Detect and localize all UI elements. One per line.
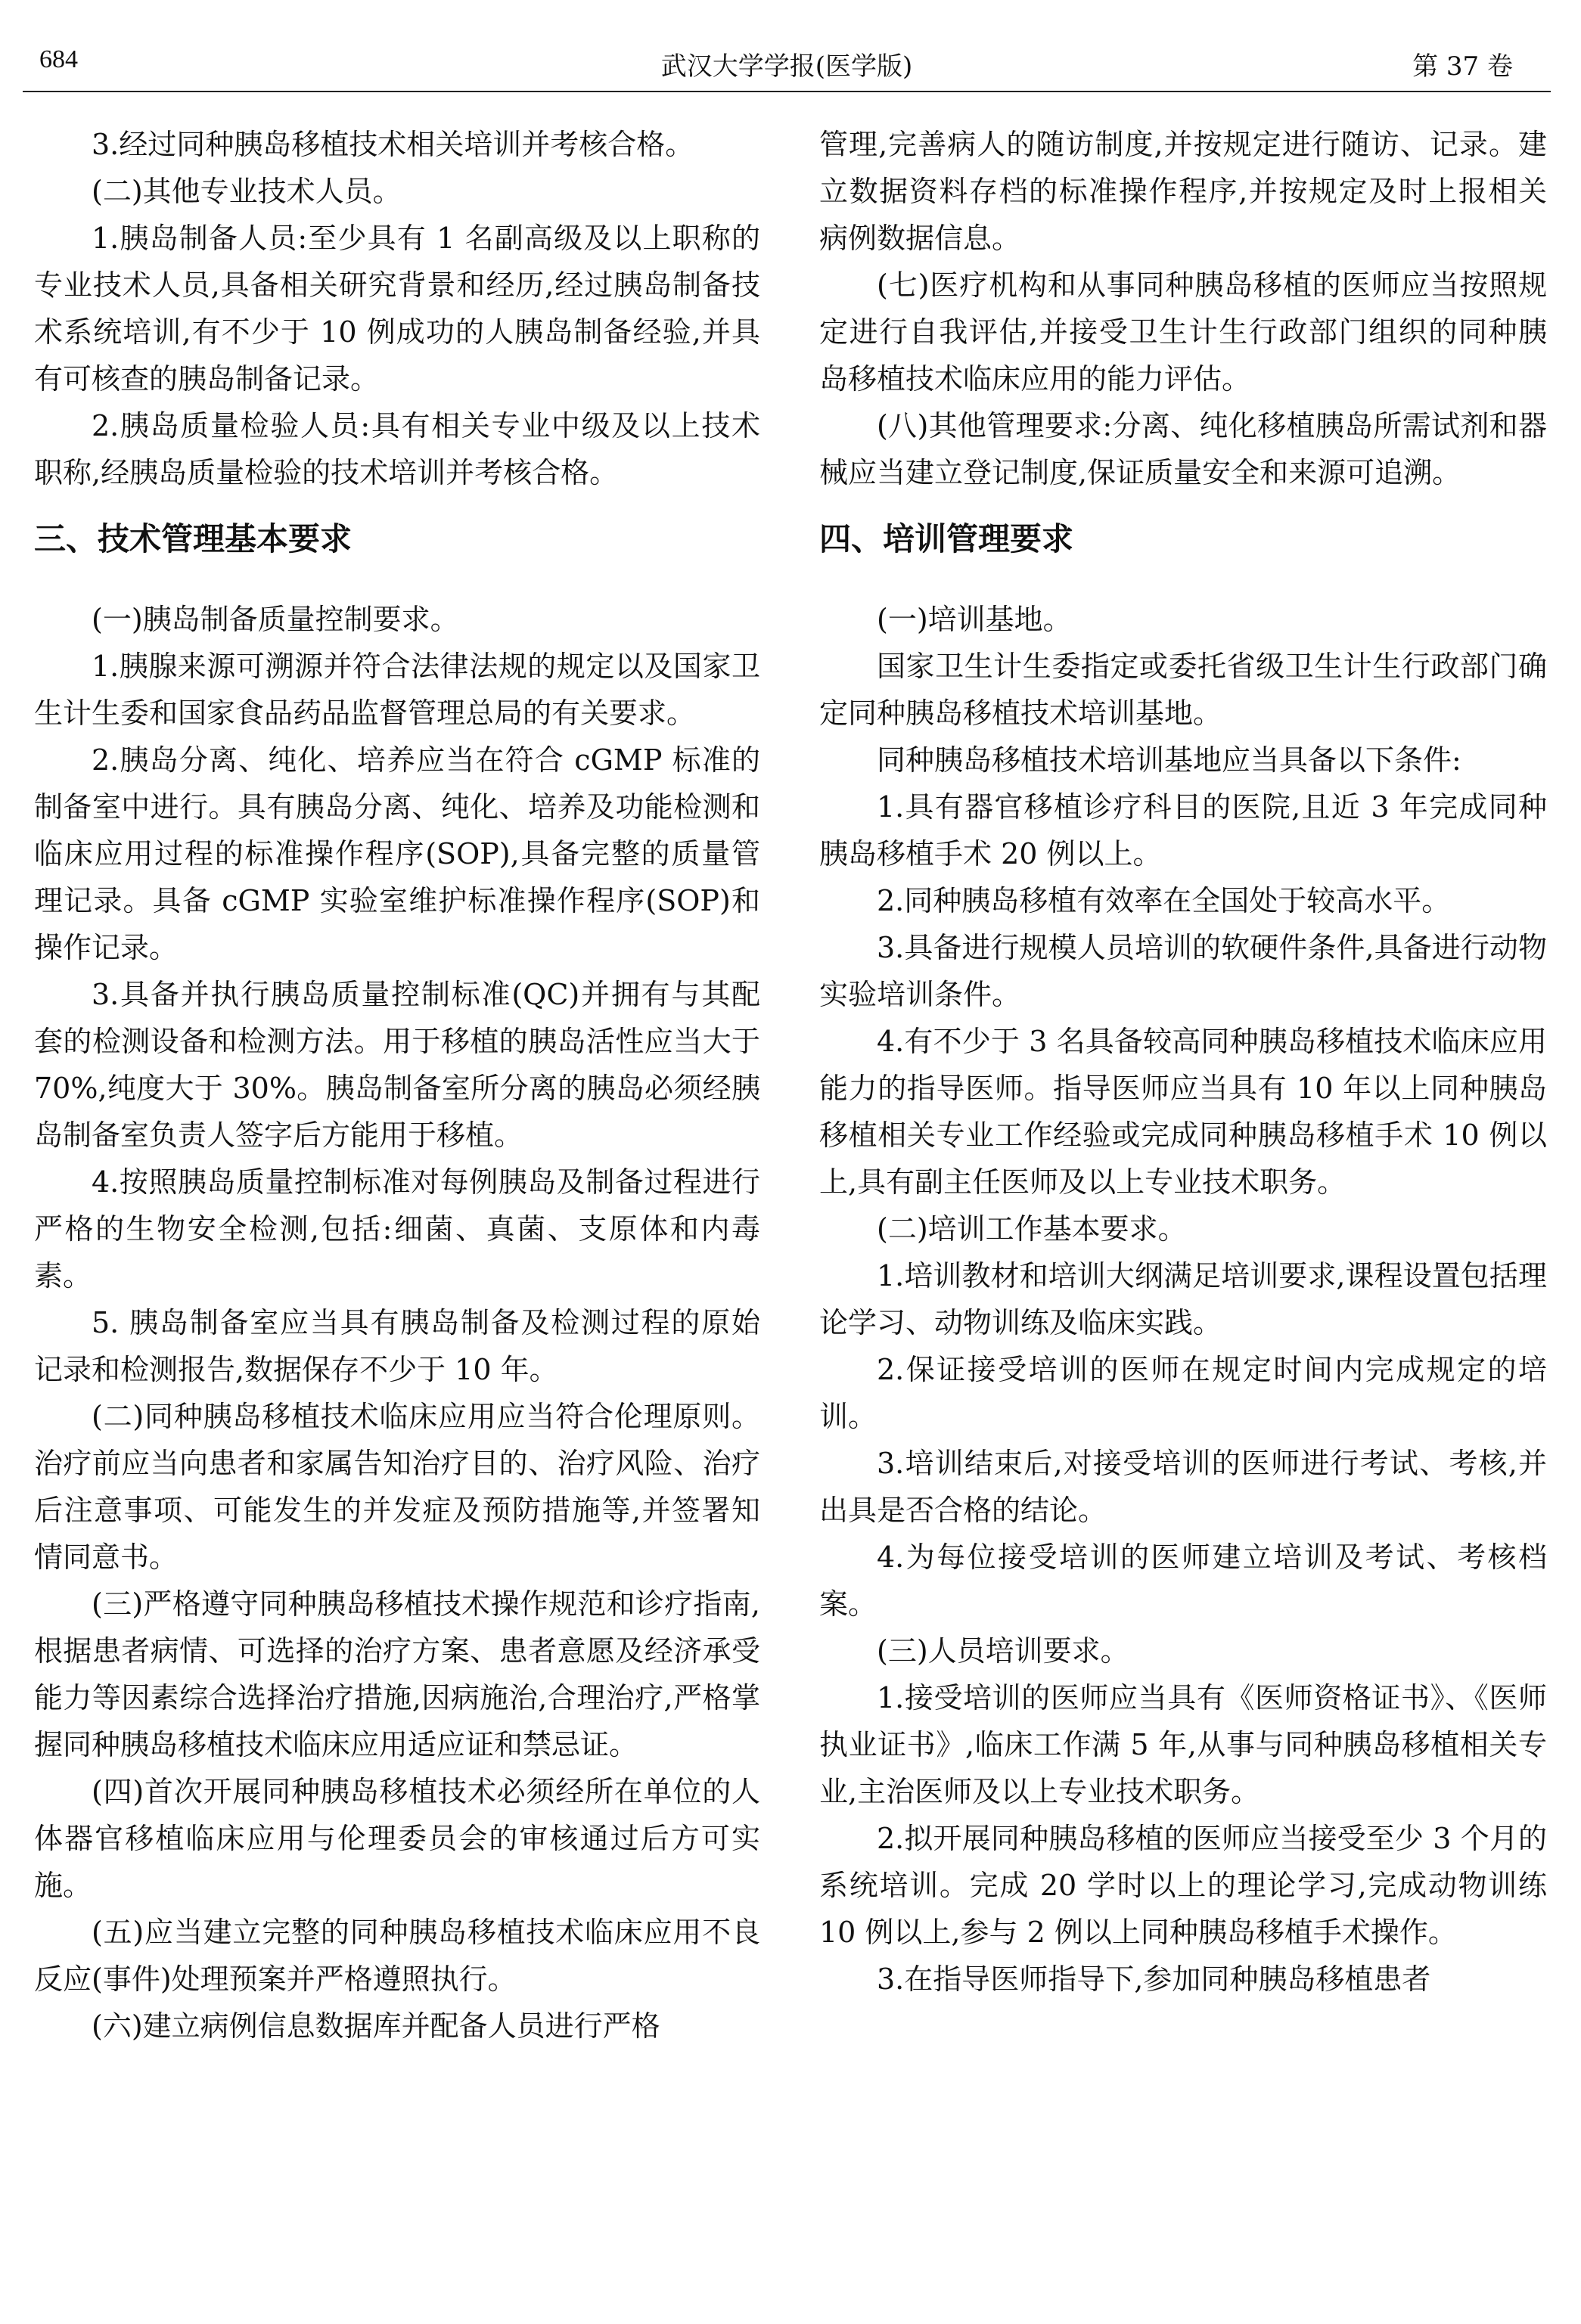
paragraph: 国家卫生计生委指定或委托省级卫生计生行政部门确定同种胰岛移植技术培训基地。 <box>819 643 1547 737</box>
paragraph: 2.保证接受培训的医师在规定时间内完成规定的培训。 <box>819 1346 1547 1440</box>
paragraph: 2.胰岛分离、纯化、培养应当在符合 cGMP 标准的制备室中进行。具有胰岛分离、… <box>34 737 760 971</box>
right-column: 管理,完善病人的随访制度,并按规定进行随访、记录。建立数据资料存档的标准操作程序… <box>819 121 1547 2003</box>
paragraph: 1.胰腺来源可溯源并符合法律法规的规定以及国家卫生计生委和国家食品药品监督管理总… <box>34 643 760 737</box>
volume-label: 第 37 卷 <box>1412 45 1513 82</box>
paragraph: (一)胰岛制备质量控制要求。 <box>34 596 760 643</box>
paragraph: 4.为每位接受培训的医师建立培训及考试、考核档案。 <box>819 1534 1547 1627</box>
section-heading: 三、技术管理基本要求 <box>34 516 760 563</box>
paragraph: (六)建立病例信息数据库并配备人员进行严格 <box>34 2003 760 2049</box>
left-column: 3.经过同种胰岛移植技术相关培训并考核合格。 (二)其他专业技术人员。 1.胰岛… <box>34 121 760 2049</box>
paragraph: 2.胰岛质量检验人员:具有相关专业中级及以上技术职称,经胰岛质量检验的技术培训并… <box>34 402 760 496</box>
paragraph: 1.接受培训的医师应当具有《医师资格证书》、《医师执业证书》,临床工作满 5 年… <box>819 1674 1547 1815</box>
paragraph: (八)其他管理要求:分离、纯化移植胰岛所需试剂和器械应当建立登记制度,保证质量安… <box>819 402 1547 496</box>
paragraph: (三)严格遵守同种胰岛移植技术操作规范和诊疗指南,根据患者病情、可选择的治疗方案… <box>34 1581 760 1768</box>
paragraph: 3.在指导医师指导下,参加同种胰岛移植患者 <box>819 1956 1547 2003</box>
paragraph: 3.经过同种胰岛移植技术相关培训并考核合格。 <box>34 121 760 168</box>
paragraph: (二)同种胰岛移植技术临床应用应当符合伦理原则。治疗前应当向患者和家属告知治疗目… <box>34 1393 760 1581</box>
paragraph: 4.有不少于 3 名具备较高同种胰岛移植技术临床应用能力的指导医师。指导医师应当… <box>819 1018 1547 1205</box>
paragraph: 1.培训教材和培训大纲满足培训要求,课程设置包括理论学习、动物训练及临床实践。 <box>819 1252 1547 1346</box>
running-header: 684 武汉大学学报(医学版) 第 37 卷 <box>23 30 1551 92</box>
paragraph: 5. 胰岛制备室应当具有胰岛制备及检测过程的原始记录和检测报告,数据保存不少于 … <box>34 1299 760 1393</box>
paragraph: (五)应当建立完整的同种胰岛移植技术临床应用不良反应(事件)处理预案并严格遵照执… <box>34 1909 760 2003</box>
paragraph: 1.具有器官移植诊疗科目的医院,且近 3 年完成同种胰岛移植手术 20 例以上。 <box>819 783 1547 877</box>
paragraph: 3.具备并执行胰岛质量控制标准(QC)并拥有与其配套的检测设备和检测方法。用于移… <box>34 971 760 1159</box>
paragraph: (一)培训基地。 <box>819 596 1547 643</box>
paragraph: 2.拟开展同种胰岛移植的医师应当接受至少 3 个月的系统培训。完成 20 学时以… <box>819 1815 1547 1956</box>
section-heading: 四、培训管理要求 <box>819 516 1547 563</box>
paragraph: (二)培训工作基本要求。 <box>819 1205 1547 1252</box>
paragraph-continuation: 管理,完善病人的随访制度,并按规定进行随访、记录。建立数据资料存档的标准操作程序… <box>819 121 1547 262</box>
paragraph: (二)其他专业技术人员。 <box>34 168 760 215</box>
paragraph: 3.具备进行规模人员培训的软硬件条件,具备进行动物实验培训条件。 <box>819 924 1547 1018</box>
paragraph: 1.胰岛制备人员:至少具有 1 名副高级及以上职称的专业技术人员,具备相关研究背… <box>34 215 760 402</box>
paragraph: (四)首次开展同种胰岛移植技术必须经所在单位的人体器官移植临床应用与伦理委员会的… <box>34 1768 760 1909</box>
paragraph: (三)人员培训要求。 <box>819 1627 1547 1674</box>
paragraph: 3.培训结束后,对接受培训的医师进行考试、考核,并出具是否合格的结论。 <box>819 1440 1547 1534</box>
paragraph: 2.同种胰岛移植有效率在全国处于较高水平。 <box>819 877 1547 924</box>
paragraph: 同种胰岛移植技术培训基地应当具备以下条件: <box>819 737 1547 783</box>
paragraph: (七)医疗机构和从事同种胰岛移植的医师应当按照规定进行自我评估,并接受卫生计生行… <box>819 262 1547 402</box>
journal-title: 武汉大学学报(医学版) <box>23 45 1551 82</box>
paragraph: 4.按照胰岛质量控制标准对每例胰岛及制备过程进行严格的生物安全检测,包括:细菌、… <box>34 1159 760 1299</box>
